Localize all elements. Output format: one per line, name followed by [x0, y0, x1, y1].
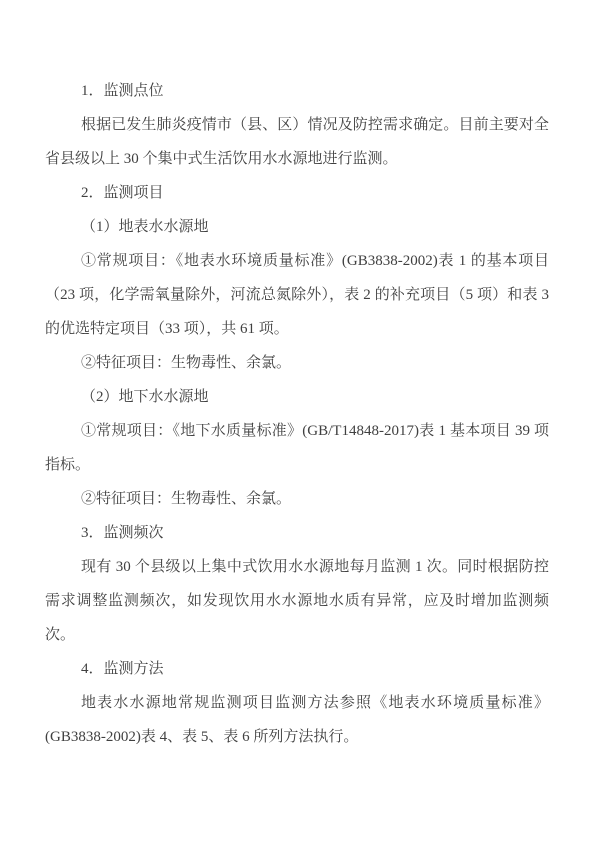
heading-monitoring-method: 4．监测方法: [45, 652, 549, 686]
body-monitoring-points: 根据已发生肺炎疫情市（县、区）情况及防控需求确定。目前主要对全省县级以上 30 …: [45, 108, 549, 176]
body-monitoring-method: 地表水水源地常规监测项目监测方法参照《地表水环境质量标准》(GB3838-200…: [45, 686, 549, 754]
heading-monitoring-frequency: 3．监测频次: [45, 516, 549, 550]
heading-monitoring-items: 2．监测项目: [45, 176, 549, 210]
body-surface-water-characteristic-items: ②特征项目：生物毒性、余氯。: [45, 346, 549, 380]
body-groundwater-characteristic-items: ②特征项目：生物毒性、余氯。: [45, 482, 549, 516]
document-page: 1．监测点位 根据已发生肺炎疫情市（县、区）情况及防控需求确定。目前主要对全省县…: [0, 0, 595, 841]
body-monitoring-frequency: 现有 30 个县级以上集中式饮用水水源地每月监测 1 次。同时根据防控需求调整监…: [45, 550, 549, 652]
subheading-groundwater-source: （2）地下水水源地: [45, 380, 549, 414]
subheading-surface-water-source: （1）地表水水源地: [45, 210, 549, 244]
body-groundwater-routine-items: ①常规项目：《地下水质量标准》(GB/T14848-2017)表 1 基本项目 …: [45, 414, 549, 482]
heading-monitoring-points: 1．监测点位: [45, 74, 549, 108]
body-surface-water-routine-items: ①常规项目：《地表水环境质量标准》(GB3838-2002)表 1 的基本项目（…: [45, 244, 549, 346]
